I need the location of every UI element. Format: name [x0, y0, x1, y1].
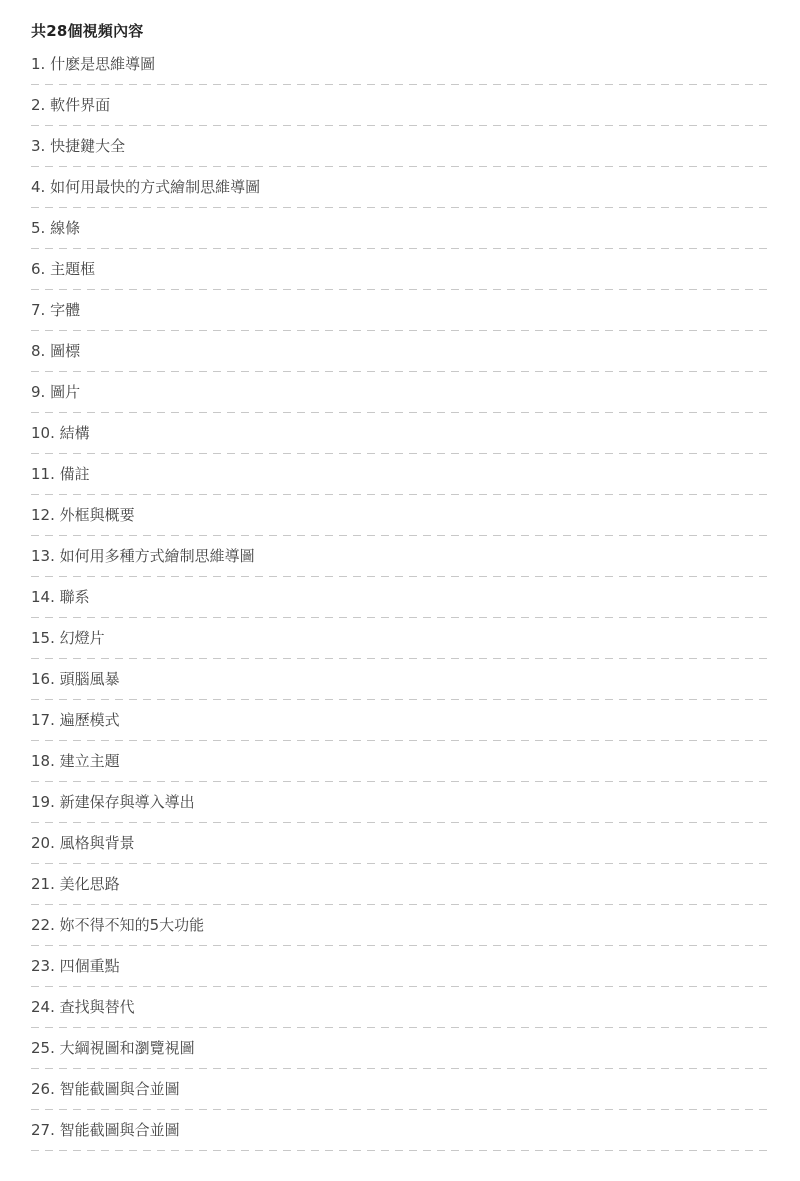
item-title: 結構 — [60, 424, 90, 442]
item-number: 3. — [31, 137, 45, 155]
video-list-item[interactable]: 19. 新建保存與導入導出 — [31, 783, 767, 824]
video-list-item[interactable]: 1. 什麽是思維導圖 — [31, 46, 767, 86]
item-number: 13. — [31, 547, 55, 565]
item-title: 智能截圖與合並圖 — [60, 1121, 180, 1139]
video-list-item[interactable]: 21. 美化思路 — [31, 865, 767, 906]
item-number: 10. — [31, 424, 55, 442]
item-number: 16. — [31, 670, 55, 688]
video-list-item[interactable]: 20. 風格與背景 — [31, 824, 767, 865]
video-list-item[interactable]: 13. 如何用多種方式繪制思維導圖 — [31, 537, 767, 578]
item-number: 9. — [31, 383, 45, 401]
item-title: 幻燈片 — [60, 629, 105, 647]
item-number: 15. — [31, 629, 55, 647]
item-number: 11. — [31, 465, 55, 483]
item-title: 四個重點 — [60, 957, 120, 975]
item-title: 如何用最快的方式繪制思維導圖 — [50, 178, 260, 196]
video-list-item[interactable]: 27. 智能截圖與合並圖 — [31, 1111, 767, 1152]
item-number: 6. — [31, 260, 45, 278]
item-title: 遍歷模式 — [60, 711, 120, 729]
item-title: 外框與概要 — [60, 506, 135, 524]
item-number: 8. — [31, 342, 45, 360]
video-list-item[interactable]: 6. 主題框 — [31, 250, 767, 291]
item-number: 22. — [31, 916, 55, 934]
video-list-item[interactable]: 9. 圖片 — [31, 373, 767, 414]
item-number: 26. — [31, 1080, 55, 1098]
item-title: 風格與背景 — [60, 834, 135, 852]
video-list-item[interactable]: 10. 結構 — [31, 414, 767, 455]
item-title: 聯系 — [60, 588, 90, 606]
item-number: 5. — [31, 219, 45, 237]
item-title: 新建保存與導入導出 — [60, 793, 195, 811]
item-title: 美化思路 — [60, 875, 120, 893]
video-list-item[interactable]: 8. 圖標 — [31, 332, 767, 373]
video-list-item[interactable]: 15. 幻燈片 — [31, 619, 767, 660]
video-list-item[interactable]: 23. 四個重點 — [31, 947, 767, 988]
video-list-item[interactable]: 7. 字體 — [31, 291, 767, 332]
video-list: 1. 什麽是思維導圖2. 軟件界面3. 快捷鍵大全4. 如何用最快的方式繪制思維… — [31, 46, 767, 1152]
item-number: 7. — [31, 301, 45, 319]
video-list-item[interactable]: 14. 聯系 — [31, 578, 767, 619]
item-title: 建立主題 — [60, 752, 120, 770]
video-list-item[interactable]: 24. 查找與替代 — [31, 988, 767, 1029]
video-list-item[interactable]: 18. 建立主題 — [31, 742, 767, 783]
item-title: 什麽是思維導圖 — [50, 55, 155, 73]
video-list-item[interactable]: 12. 外框與概要 — [31, 496, 767, 537]
item-number: 25. — [31, 1039, 55, 1057]
item-title: 妳不得不知的5大功能 — [60, 916, 205, 934]
video-list-item[interactable]: 25. 大綱視圖和瀏覽視圖 — [31, 1029, 767, 1070]
item-number: 17. — [31, 711, 55, 729]
item-number: 24. — [31, 998, 55, 1016]
item-number: 14. — [31, 588, 55, 606]
video-list-item[interactable]: 16. 頭腦風暴 — [31, 660, 767, 701]
item-number: 18. — [31, 752, 55, 770]
item-title: 線條 — [50, 219, 80, 237]
item-number: 19. — [31, 793, 55, 811]
video-list-item[interactable]: 26. 智能截圖與合並圖 — [31, 1070, 767, 1111]
item-number: 23. — [31, 957, 55, 975]
item-number: 1. — [31, 55, 45, 73]
item-title: 如何用多種方式繪制思維導圖 — [60, 547, 255, 565]
item-number: 20. — [31, 834, 55, 852]
video-list-item[interactable]: 22. 妳不得不知的5大功能 — [31, 906, 767, 947]
video-list-item[interactable]: 4. 如何用最快的方式繪制思維導圖 — [31, 168, 767, 209]
item-title: 備註 — [60, 465, 90, 483]
item-title: 智能截圖與合並圖 — [60, 1080, 180, 1098]
item-title: 字體 — [50, 301, 80, 319]
item-title: 大綱視圖和瀏覽視圖 — [60, 1039, 195, 1057]
item-title: 軟件界面 — [50, 96, 110, 114]
item-title: 圖片 — [50, 383, 80, 401]
video-content-list-container: 共28個視頻內容 1. 什麽是思維導圖2. 軟件界面3. 快捷鍵大全4. 如何用… — [31, 0, 767, 1152]
list-heading: 共28個視頻內容 — [31, 19, 767, 43]
video-list-item[interactable]: 5. 線條 — [31, 209, 767, 250]
item-title: 快捷鍵大全 — [50, 137, 125, 155]
item-number: 27. — [31, 1121, 55, 1139]
video-list-item[interactable]: 2. 軟件界面 — [31, 86, 767, 127]
item-title: 主題框 — [50, 260, 95, 278]
item-number: 12. — [31, 506, 55, 524]
video-list-item[interactable]: 17. 遍歷模式 — [31, 701, 767, 742]
item-number: 21. — [31, 875, 55, 893]
item-number: 2. — [31, 96, 45, 114]
video-list-item[interactable]: 11. 備註 — [31, 455, 767, 496]
item-number: 4. — [31, 178, 45, 196]
item-title: 頭腦風暴 — [60, 670, 120, 688]
item-title: 查找與替代 — [60, 998, 135, 1016]
item-title: 圖標 — [50, 342, 80, 360]
video-list-item[interactable]: 3. 快捷鍵大全 — [31, 127, 767, 168]
